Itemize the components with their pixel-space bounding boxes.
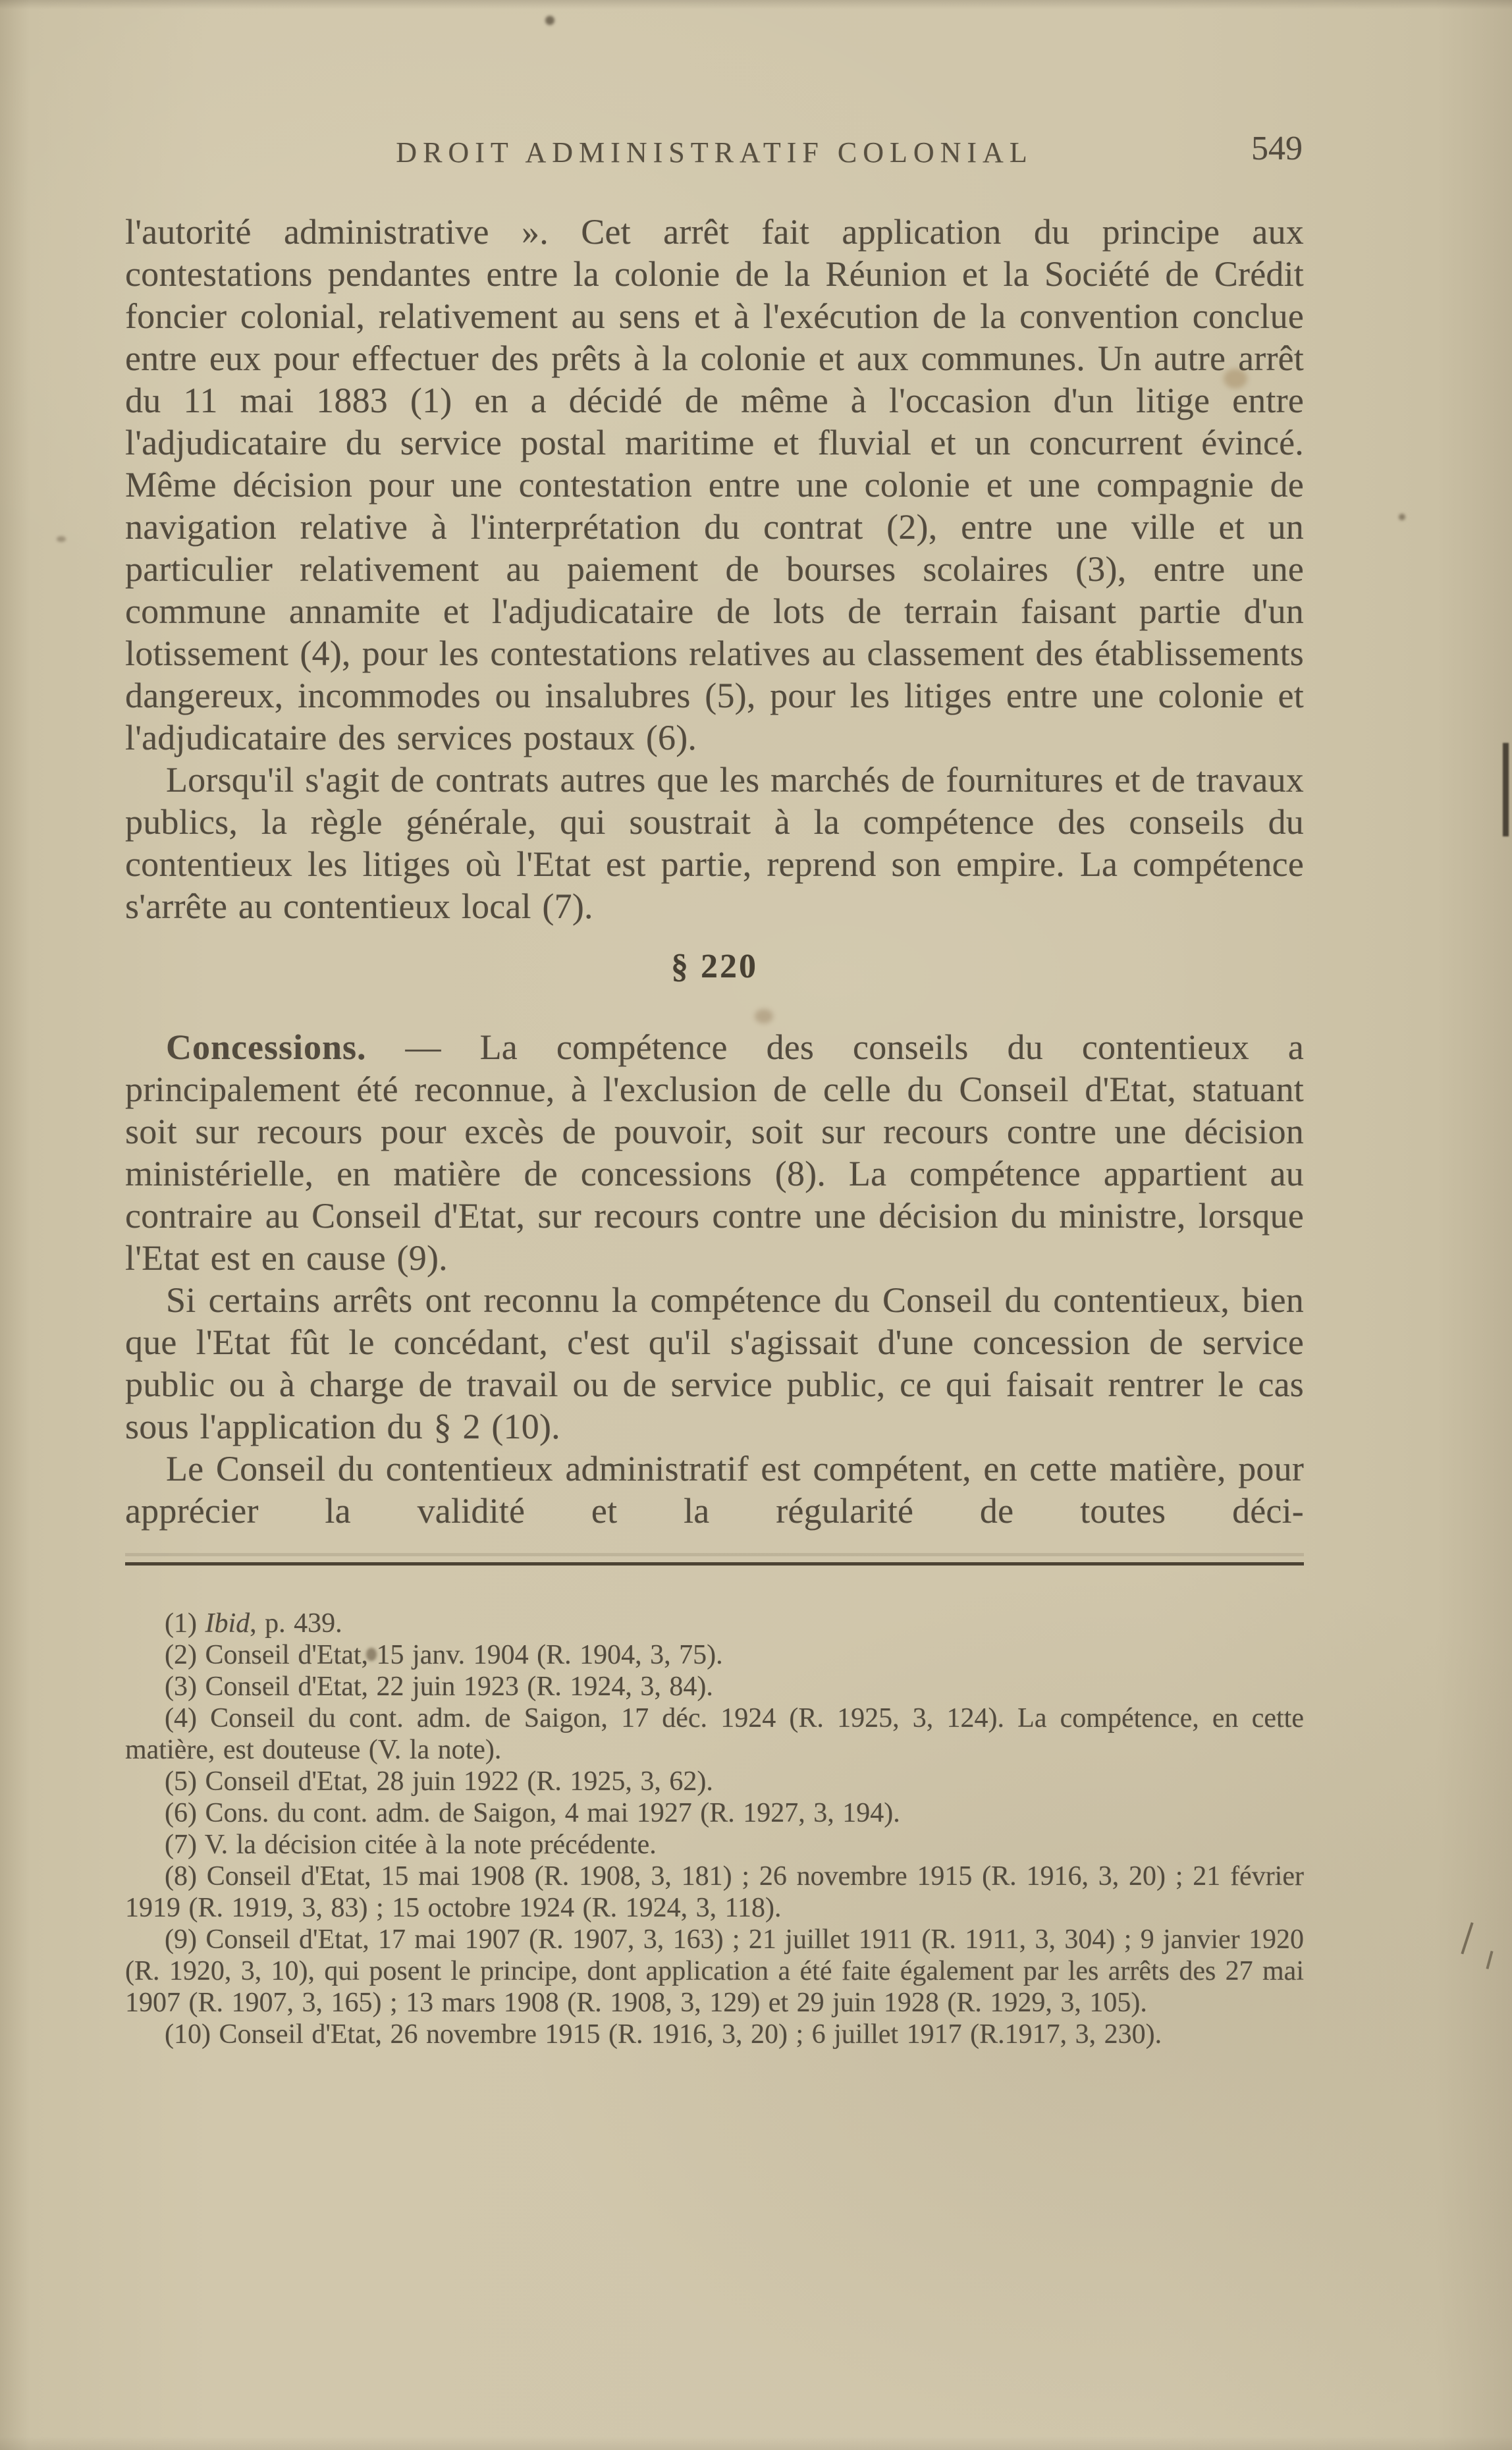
- paper-stain: [57, 536, 66, 542]
- running-head: DROIT ADMINISTRATIF COLONIAL 549: [125, 129, 1304, 177]
- paragraph-si-certains: Si certains arrêts ont reconnu la compét…: [125, 1279, 1304, 1448]
- footnote-7: (7) V. la décision citée à la note précé…: [125, 1829, 1304, 1861]
- footnotes: (1) Ibid, p. 439.(2) Conseil d'Etat, 15 …: [125, 1608, 1304, 2050]
- ink-stain: [545, 16, 554, 25]
- footnote-3: (3) Conseil d'Etat, 22 juin 1923 (R. 192…: [125, 1671, 1304, 1702]
- page-number: 549: [1251, 129, 1303, 168]
- paragraph-concessions: Concessions. — La compétence des conseil…: [125, 1026, 1304, 1279]
- footnote-8: (8) Conseil d'Etat, 15 mai 1908 (R. 1908…: [125, 1861, 1304, 1924]
- footnote-italic-citation: Ibid: [205, 1608, 250, 1639]
- paragraph-continuation: l'autorité administrative ». Cet arrêt f…: [125, 211, 1304, 759]
- em-dash: —: [405, 1027, 441, 1067]
- paragraph-le-conseil: Le Conseil du contentieux administratif …: [125, 1448, 1304, 1532]
- footnote-10: (10) Conseil d'Etat, 26 novembre 1915 (R…: [125, 2019, 1304, 2050]
- footnote-2: (2) Conseil d'Etat, 15 janv. 1904 (R. 19…: [125, 1639, 1304, 1671]
- footnote-separator-rule: [125, 1562, 1304, 1565]
- paragraph-lorsqu-il-s-agit: Lorsqu'il s'agit de contrats autres que …: [125, 759, 1304, 927]
- page-body: l'autorité administrative ». Cet arrêt f…: [125, 211, 1304, 1532]
- pencil-mark: [1486, 1951, 1493, 1969]
- ink-stain: [1399, 514, 1405, 520]
- footnote-5: (5) Conseil d'Etat, 28 juin 1922 (R. 192…: [125, 1766, 1304, 1797]
- footnote-6: (6) Cons. du cont. adm. de Saigon, 4 mai…: [125, 1797, 1304, 1829]
- footnote-1: (1) Ibid, p. 439.: [125, 1608, 1304, 1639]
- paragraph-lead-word: Concessions.: [166, 1027, 367, 1067]
- footnote-9: (9) Conseil d'Etat, 17 mai 1907 (R. 1907…: [125, 1924, 1304, 2019]
- pencil-mark: [1461, 1922, 1473, 1955]
- section-heading: § 220: [125, 946, 1304, 988]
- scan-edge-mark: [1503, 743, 1509, 836]
- running-head-title: DROIT ADMINISTRATIF COLONIAL: [396, 136, 1033, 169]
- text-block: DROIT ADMINISTRATIF COLONIAL 549 l'autor…: [125, 129, 1304, 2050]
- footnote-4: (4) Conseil du cont. adm. de Saigon, 17 …: [125, 1702, 1304, 1766]
- book-page-scan: DROIT ADMINISTRATIF COLONIAL 549 l'autor…: [0, 0, 1512, 2450]
